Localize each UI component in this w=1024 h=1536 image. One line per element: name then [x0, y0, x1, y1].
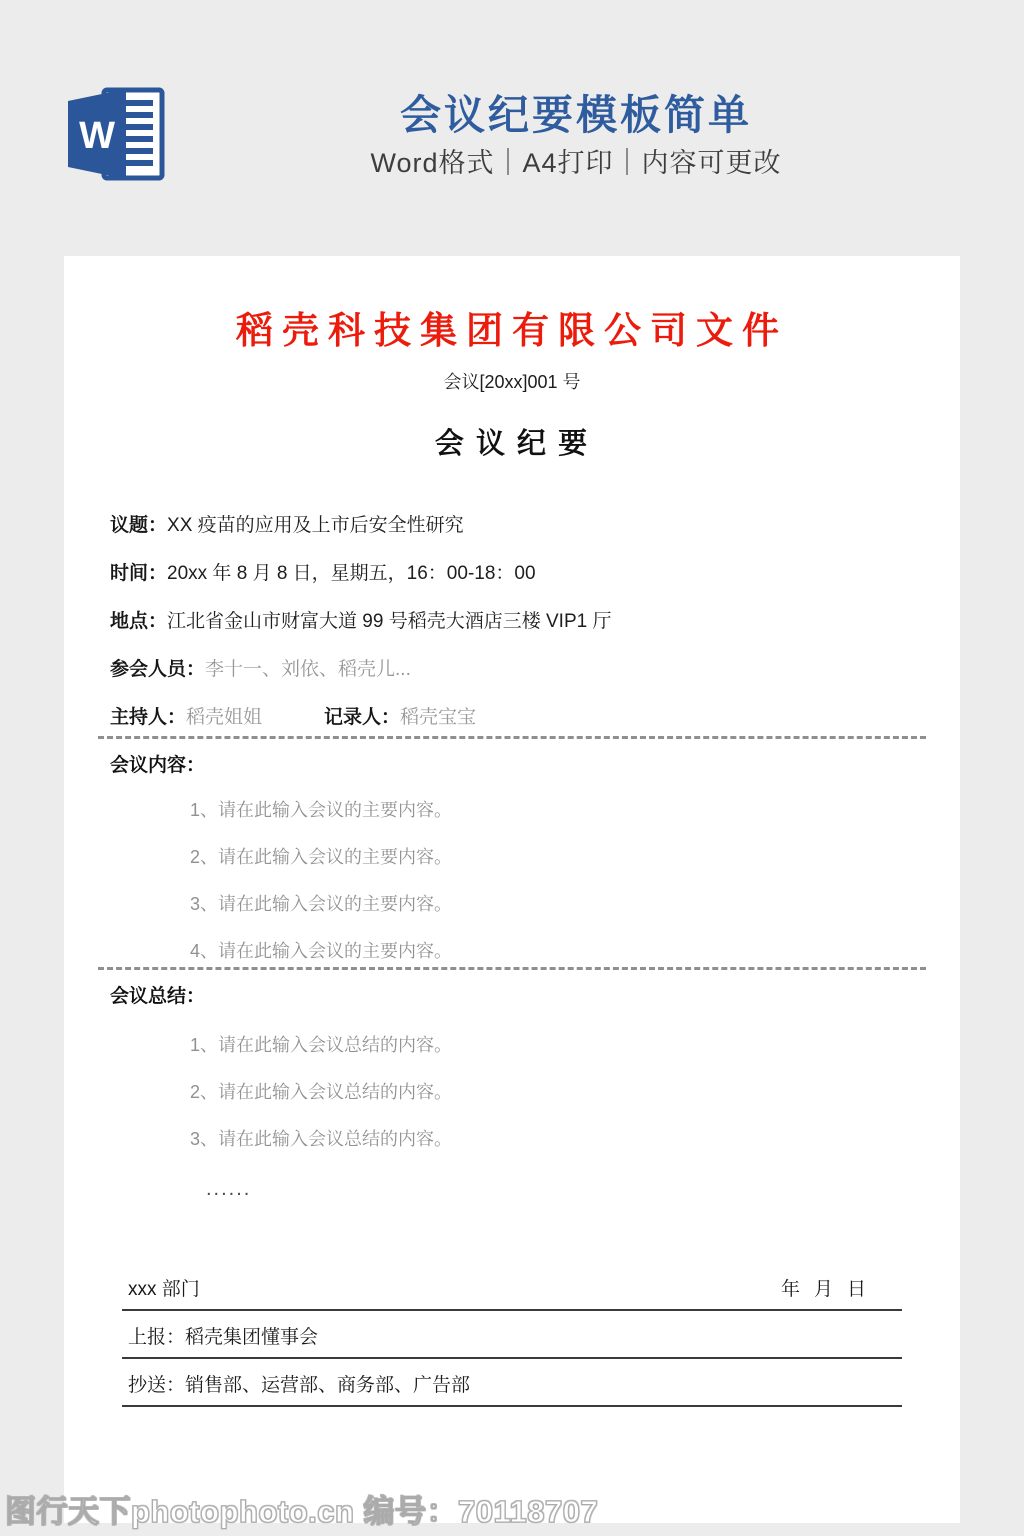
doc-title: 会 议 纪 要 — [110, 424, 914, 464]
participants-value: 李十一、刘依、稻壳儿... — [205, 659, 411, 680]
section-heading-summary: 会议总结： — [110, 984, 914, 1010]
location-value: 江北省金山市财富大道 99 号稻壳大酒店三楼 VIP1 厅 — [167, 611, 611, 632]
location-label: 地点： — [110, 611, 167, 632]
summary-ellipsis: ...... — [110, 1167, 914, 1211]
footer-report-row: 上报：稻壳集团懂事会 — [122, 1325, 902, 1359]
summary-item: 1、请在此输入会议总结的内容。 — [190, 1022, 914, 1069]
content-item: 3、请在此输入会议的主要内容。 — [190, 881, 914, 928]
template-title: 会议纪要模板简单 — [128, 90, 1024, 140]
cc-value: 销售部、运营部、商务部、广告部 — [185, 1375, 470, 1396]
summary-item: 2、请在此输入会议总结的内容。 — [190, 1069, 914, 1116]
header: 会议纪要模板简单 Word格式｜A4打印｜内容可更改 — [128, 90, 1024, 179]
time-label: 时间： — [110, 563, 167, 584]
template-subtitle: Word格式｜A4打印｜内容可更改 — [128, 147, 1024, 179]
month-label: 月 — [814, 1277, 833, 1303]
info-row-host: 主持人：稻壳姐姐记录人：稻壳宝宝 — [110, 694, 914, 742]
host-value: 稻壳姐姐 — [186, 707, 262, 728]
date-labels: 年月日 — [781, 1277, 902, 1303]
content-items: 1、请在此输入会议的主要内容。 2、请在此输入会议的主要内容。 3、请在此输入会… — [110, 787, 914, 975]
day-label: 日 — [847, 1277, 866, 1303]
department-label: xxx 部门 — [128, 1277, 200, 1303]
org-title: 稻壳科技集团有限公司文件 — [110, 308, 914, 354]
topic-value: XX 疫苗的应用及上市后安全性研究 — [167, 515, 464, 536]
recorder-label: 记录人： — [324, 707, 400, 728]
report-label: 上报： — [128, 1327, 185, 1348]
content-item: 2、请在此输入会议的主要内容。 — [190, 834, 914, 881]
doc-number: 会议[20xx]001 号 — [110, 370, 914, 394]
document-footer: xxx 部门 年月日 上报：稻壳集团懂事会 抄送：销售部、运营部、商务部、广告部 — [122, 1277, 902, 1407]
year-label: 年 — [781, 1277, 800, 1303]
summary-items: 1、请在此输入会议总结的内容。 2、请在此输入会议总结的内容。 3、请在此输入会… — [110, 1022, 914, 1163]
recorder-value: 稻壳宝宝 — [400, 707, 476, 728]
time-value: 20xx 年 8 月 8 日，星期五，16：00-18：00 — [167, 563, 536, 584]
info-row-topic: 议题：XX 疫苗的应用及上市后安全性研究 — [110, 502, 914, 550]
info-row-time: 时间：20xx 年 8 月 8 日，星期五，16：00-18：00 — [110, 550, 914, 598]
watermark: 图行天下photophoto.cn 编号：70118707 — [5, 1486, 598, 1531]
report-value: 稻壳集团懂事会 — [185, 1327, 318, 1348]
footer-cc-row: 抄送：销售部、运营部、商务部、广告部 — [122, 1373, 902, 1407]
cc-label: 抄送： — [128, 1375, 185, 1396]
content-item: 1、请在此输入会议的主要内容。 — [190, 787, 914, 834]
svg-text:W: W — [79, 115, 115, 157]
participants-label: 参会人员： — [110, 659, 205, 680]
summary-item: 3、请在此输入会议总结的内容。 — [190, 1116, 914, 1163]
meeting-info: 议题：XX 疫苗的应用及上市后安全性研究 时间：20xx 年 8 月 8 日，星… — [110, 502, 914, 742]
footer-department-row: xxx 部门 年月日 — [122, 1277, 902, 1311]
info-row-participants: 参会人员：李十一、刘依、稻壳儿... — [110, 646, 914, 694]
topic-label: 议题： — [110, 515, 167, 536]
section-heading-content: 会议内容： — [110, 753, 914, 779]
document-page: 稻壳科技集团有限公司文件 会议[20xx]001 号 会 议 纪 要 议题：XX… — [64, 256, 960, 1523]
info-row-location: 地点：江北省金山市财富大道 99 号稻壳大酒店三楼 VIP1 厅 — [110, 598, 914, 646]
host-label: 主持人： — [110, 707, 186, 728]
